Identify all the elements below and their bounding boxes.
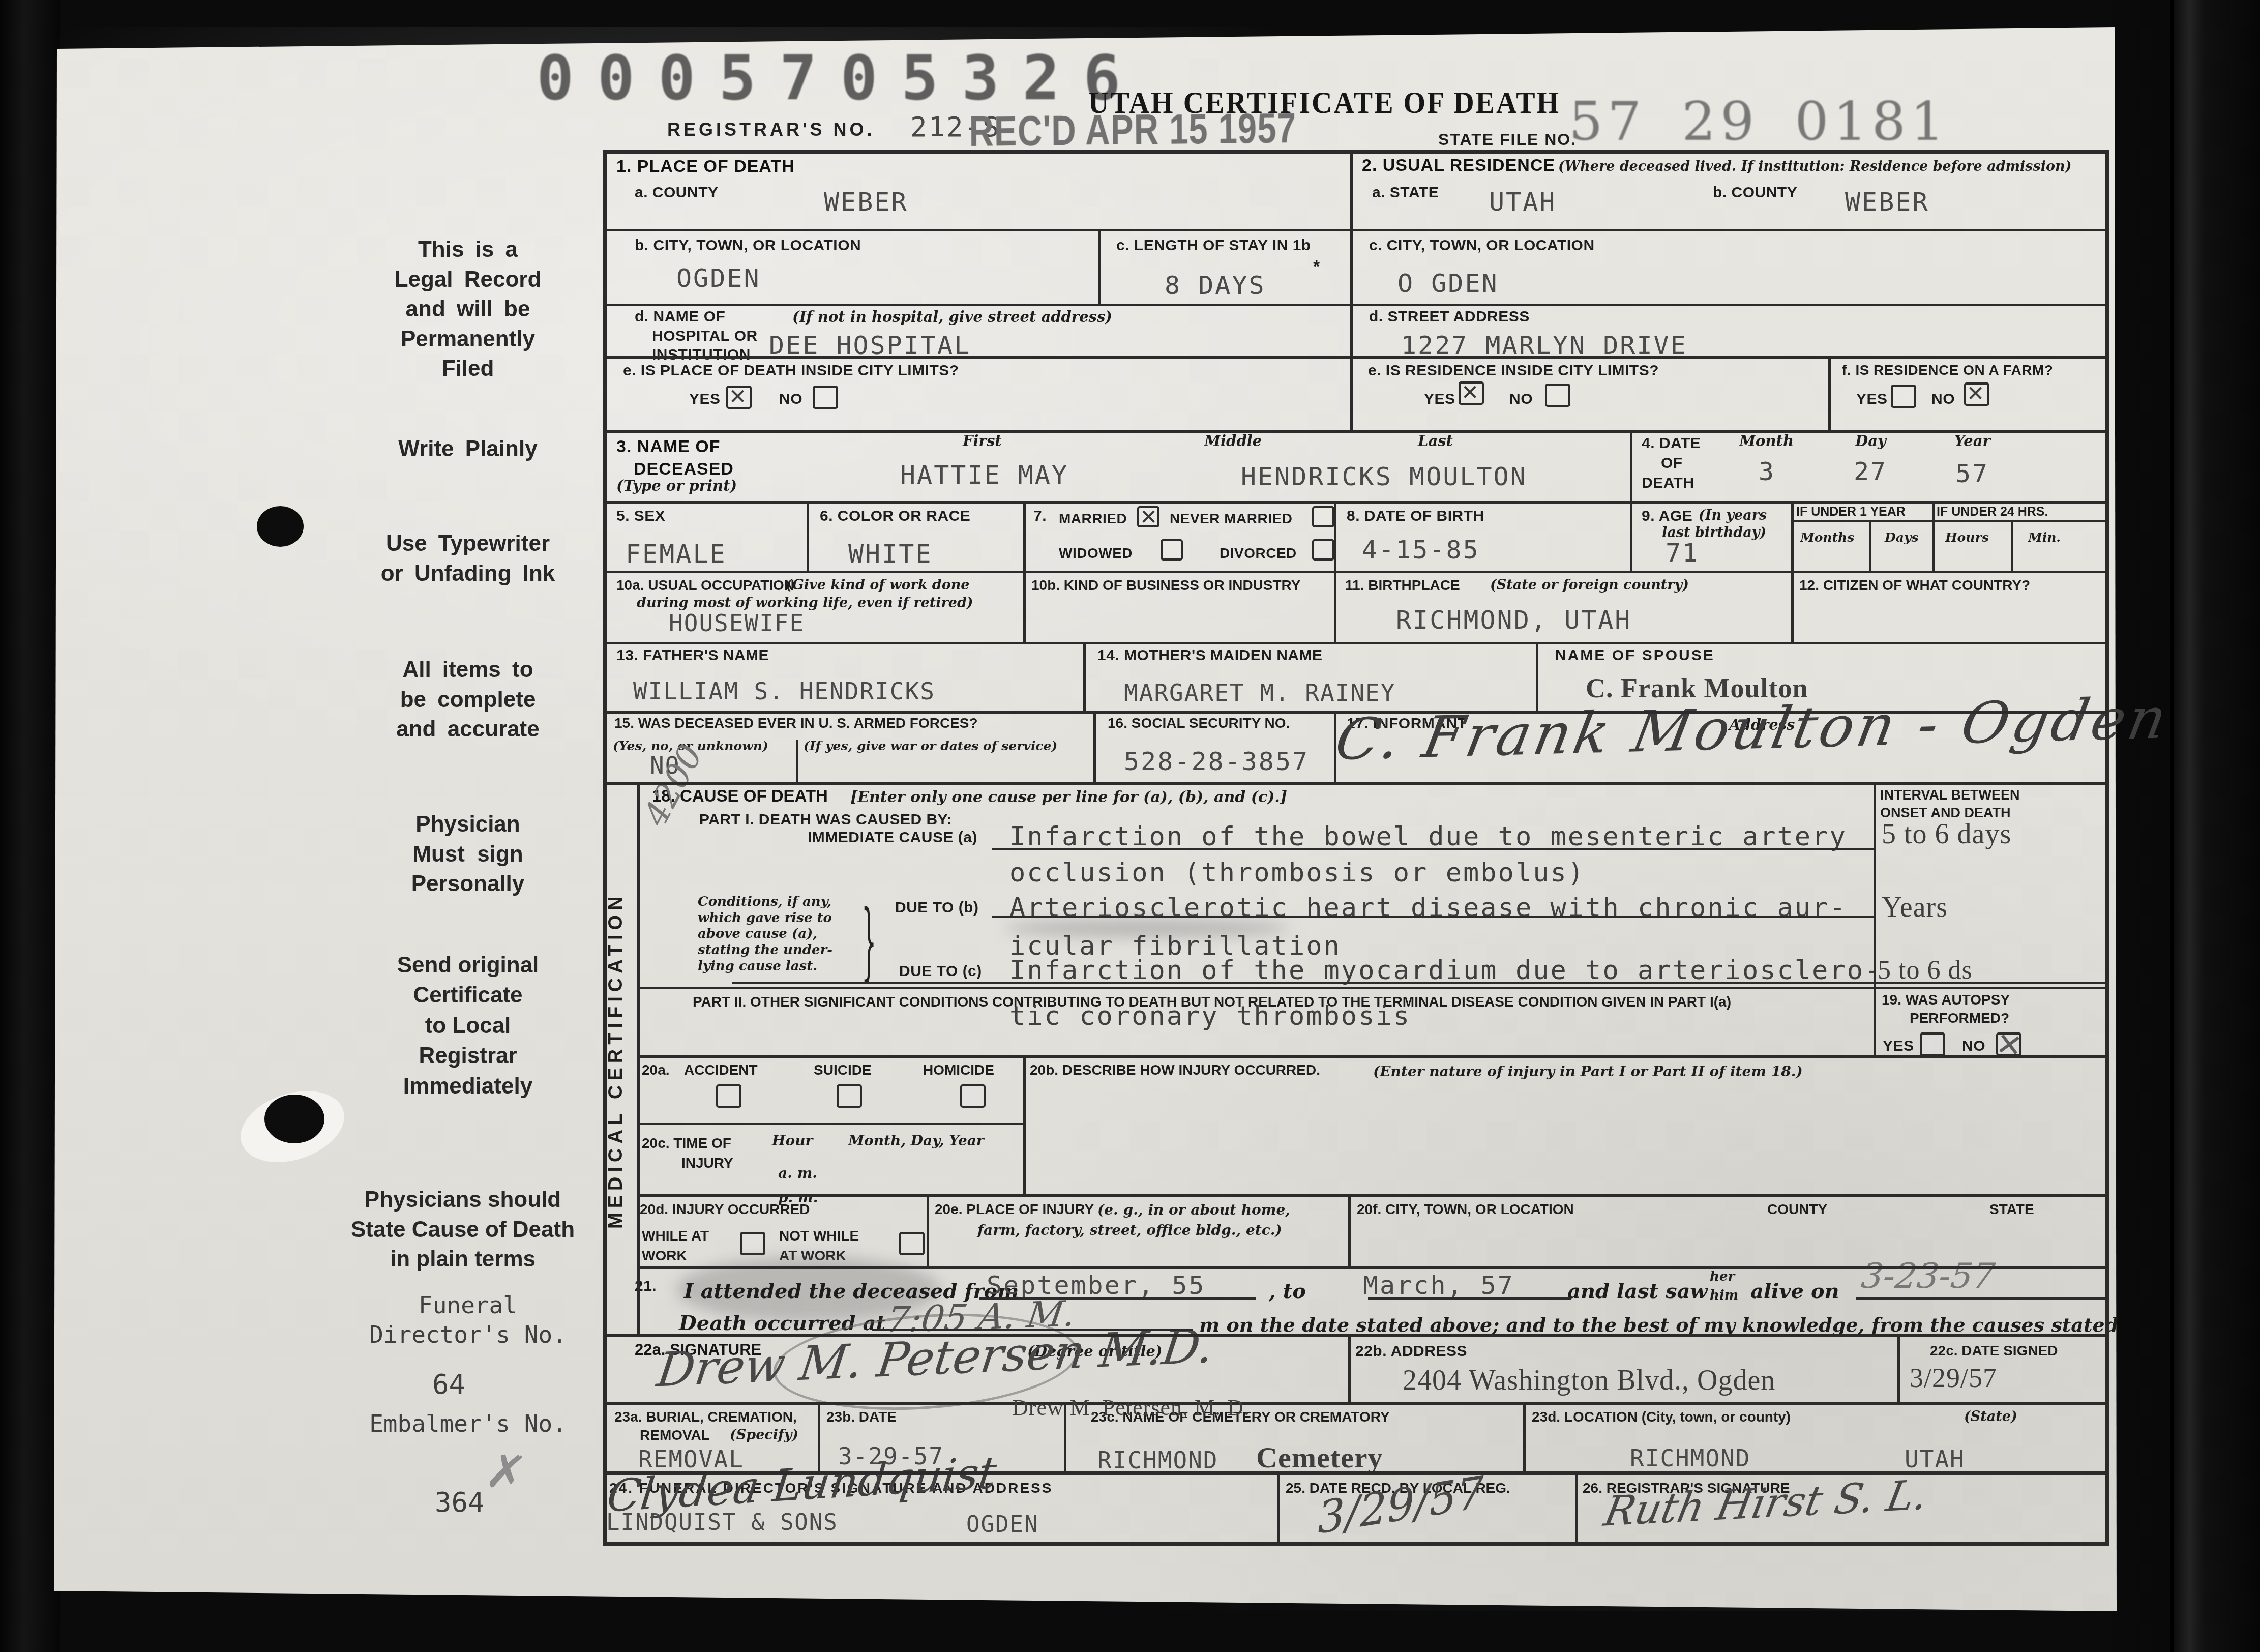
grid-line (637, 1123, 1025, 1125)
s11-value: RICHMOND, UTAH (1396, 605, 1631, 635)
grid-line (603, 642, 2109, 644)
grid-line (1348, 1194, 1351, 1266)
s20d-while-checkbox (740, 1232, 765, 1255)
s18-cause-b-line1: Arteriosclerotic heart disease with chro… (1009, 893, 1847, 923)
s1-limits-no-checkbox (813, 386, 838, 409)
s18-conditions-note: Conditions, if any,which gave rise toabo… (698, 894, 866, 975)
s9-label: 9. AGE (1642, 508, 1692, 525)
s1-county-label: a. COUNTY (635, 184, 719, 201)
grid-line (927, 1194, 929, 1266)
stamped-serial-number: 0005705326 (537, 42, 1144, 114)
s20a-accident-checkbox (716, 1084, 741, 1108)
s22a-physician-typed-name: Drew M. Petersen, M. D. (1012, 1395, 1250, 1421)
s23c-value-cemetery-word: Cemetery (1256, 1440, 1383, 1474)
s4-year-hint: Year (1954, 432, 1990, 450)
grid-line (603, 571, 2109, 573)
s2-farm-yes-checkbox (1891, 385, 1916, 408)
s18-interval-a: 5 to 6 days (1882, 818, 2011, 850)
grid-line (637, 1266, 2109, 1269)
s10b-label: 10b. KIND OF BUSINESS OR INDUSTRY (1031, 577, 1300, 594)
s9-under24-label: IF UNDER 24 HRS. (1937, 505, 2048, 519)
s20f-label: 20f. CITY, TOWN, OR LOCATION (1357, 1201, 1574, 1218)
s18-part1-label: PART I. DEATH WAS CAUSED BY: (699, 811, 952, 829)
s9-days-hint: Days (1885, 530, 1918, 545)
s20b-hint: (Enter nature of injury in Part I or Par… (1373, 1063, 1803, 1080)
s11-label: 11. BIRTHPLACE (1345, 577, 1460, 594)
s19-yes-checkbox (1920, 1032, 1945, 1056)
grid-line (796, 740, 798, 782)
grid-line (992, 916, 1874, 918)
s20a-homicide-checkbox (960, 1084, 986, 1108)
s23a-label-line2: REMOVAL (640, 1427, 710, 1443)
grid-line (603, 356, 2109, 359)
s18-interval-b: Years (1882, 891, 1948, 924)
s2-limits-yes-checkbox (1459, 381, 1484, 405)
s23d-city-value: RICHMOND (1630, 1444, 1751, 1472)
grid-line (1791, 520, 2109, 522)
s21-attended-to: March, 57 (1363, 1271, 1514, 1300)
spouse-label: NAME OF SPOUSE (1555, 647, 1715, 664)
grid-line (603, 304, 2109, 306)
s18-label-hint: [Enter only one cause per line for (a), … (850, 788, 1287, 806)
grid-line (603, 501, 2109, 504)
s4-label: 4. DATEOFDEATH (1642, 433, 1701, 493)
s2-limits-yes-label: YES (1424, 391, 1455, 408)
grid-line (1897, 1334, 1900, 1402)
s1-limits-yes-label: YES (689, 391, 721, 408)
scan-edge-left (0, 0, 60, 1652)
s23d-label: 23d. LOCATION (City, town, or county) (1532, 1409, 1791, 1425)
s2-street-label: d. STREET ADDRESS (1369, 308, 1530, 326)
s7-never-checkbox (1312, 506, 1334, 527)
grid-line (1334, 711, 1336, 782)
s22b-label: 22b. ADDRESS (1355, 1343, 1467, 1360)
grid-line (979, 1297, 1256, 1300)
grid-line (603, 150, 607, 1546)
s4-day-value: 27 (1854, 457, 1887, 486)
s3-last-hint: Last (1418, 432, 1453, 450)
s21-last-alive-date: 3-23-57 (1859, 1256, 1997, 1296)
s7-widowed-checkbox (1161, 539, 1183, 560)
s3-first-hint: First (963, 432, 1002, 450)
grid-line (1932, 501, 1935, 571)
grid-line (1368, 1297, 1571, 1300)
grid-line (1856, 1297, 2109, 1300)
s1-stay-value: 8 DAYS (1165, 271, 1266, 300)
s18-due-c-label: DUE TO (c) (899, 963, 982, 980)
s7-divorced-checkbox (1312, 539, 1334, 560)
s19-label: 19. WAS AUTOPSYPERFORMED? (1882, 991, 2010, 1028)
s3-middle-hint: Middle (1204, 432, 1262, 450)
s7-married-label: MARRIED (1059, 511, 1127, 527)
s20a-suicide-checkbox (837, 1084, 862, 1108)
s9-min-hint: Min. (2028, 530, 2061, 545)
s20c-label: 20c. TIME OFINJURY (642, 1133, 733, 1173)
s7-never-label: NEVER MARRIED (1170, 511, 1292, 527)
grid-line (1575, 1471, 1578, 1542)
scan-edge-right-line (2170, 0, 2174, 1652)
margin-note-write-plainly: Write Plainly (331, 436, 605, 462)
s1-limits-label: e. IS PLACE OF DEATH INSIDE CITY LIMITS? (623, 362, 959, 379)
s18-interval-label: INTERVAL BETWEENONSET AND DEATH (1880, 786, 2020, 822)
grid-line (637, 1194, 2109, 1197)
s15-hint2: (If yes, give war or dates of service) (804, 739, 1057, 753)
s4-month-value: 3 (1759, 457, 1775, 486)
s20d-label: 20d. INJURY OCCURRED (640, 1201, 810, 1218)
embalmers-no-value: 364 (435, 1486, 485, 1518)
s20d-notwhile-checkbox (899, 1232, 925, 1255)
s1-limits-yes-checkbox (726, 386, 752, 409)
s10a-value: HOUSEWIFE (669, 609, 805, 637)
s3-first-value: HATTIE MAY (900, 460, 1068, 490)
s23b-label: 23b. DATE (826, 1409, 897, 1425)
s2-limits-no-label: NO (1509, 391, 1533, 408)
grid-line (603, 430, 2109, 433)
s13-value: WILLIAM S. HENDRICKS (633, 677, 935, 705)
grid-line (1828, 356, 1831, 430)
margin-note-typewriter: Use Typewriteror Unfading Ink (320, 529, 615, 588)
pencil-x-mark: ✗ (482, 1442, 530, 1503)
s2-city-value: O GDEN (1397, 269, 1499, 298)
grid-line (1083, 642, 1086, 711)
s21-preprinted-3: and last saw (1567, 1279, 1708, 1303)
grid-line (1277, 1471, 1280, 1542)
grid-line (1536, 642, 1538, 711)
s2-county-label: b. COUNTY (1713, 184, 1797, 201)
s14-value: MARGARET M. RAINEY (1124, 679, 1396, 706)
s2-county-value: WEBER (1845, 187, 1929, 217)
grid-line (818, 1402, 820, 1471)
s2-farm-no-label: NO (1931, 391, 1955, 408)
s1-limits-no-label: NO (779, 391, 802, 408)
grid-line (1869, 520, 1871, 571)
grid-line (807, 501, 809, 571)
margin-note-legal-record: This is aLegal Record and will bePermane… (331, 235, 605, 384)
grid-line (637, 1055, 2109, 1058)
s18-interval-c: 5 to 6 ds (1878, 955, 1973, 985)
grid-line (1630, 430, 1632, 501)
s1-stay-star: * (1313, 257, 1320, 277)
s20a-label: 20a. (642, 1062, 670, 1078)
grid-line (637, 782, 640, 1334)
s1-county-value: WEBER (824, 187, 908, 217)
s2-title: 2. USUAL RESIDENCE (1362, 156, 1555, 175)
grid-line (1791, 501, 1794, 571)
s23d-state-value: UTAH (1905, 1445, 1965, 1473)
state-file-no-value: 57 29 0181 (1569, 91, 1949, 153)
registrar-no-label: REGISTRAR'S NO. (667, 119, 875, 140)
s24-typed-city: OGDEN (966, 1512, 1038, 1538)
s20c-mdy-hint: Month, Day, Year (848, 1132, 984, 1149)
s20a-accident-label: ACCIDENT (684, 1062, 758, 1078)
s18-cause-c-line1: Infarction of the myocardium due to arte… (1009, 955, 1882, 986)
s20a-homicide-label: HOMICIDE (923, 1062, 994, 1078)
embalmers-no-label: Embalmer's No. (320, 1410, 615, 1437)
s13-label: 13. FATHER'S NAME (616, 647, 769, 664)
s21-preprinted-4: alive on (1750, 1279, 1839, 1303)
s2-limits-label: e. IS RESIDENCE INSIDE CITY LIMITS? (1368, 362, 1659, 379)
s20e-label: 20e. PLACE OF INJURY (935, 1201, 1094, 1218)
s21-her-hint: her (1710, 1269, 1735, 1284)
grid-line (603, 1471, 2109, 1475)
grid-line (1023, 571, 1026, 642)
s7-label: 7. (1033, 508, 1047, 525)
grid-line (1350, 150, 1353, 430)
grid-line (1023, 1055, 1026, 1194)
grid-line (2011, 520, 2013, 571)
funeral-directors-no-label: FuneralDirector's No. (320, 1291, 615, 1349)
margin-note-plain-terms: Physicians shouldState Cause of Death in… (305, 1185, 620, 1275)
s8-label: 8. DATE OF BIRTH (1347, 508, 1484, 525)
s20f-state-label: STATE (1989, 1201, 2034, 1218)
s10a-hint2: during most of working life, even if ret… (637, 595, 973, 611)
grid-line (603, 782, 2109, 785)
grid-line (1023, 501, 1026, 571)
s4-month-hint: Month (1739, 432, 1794, 450)
s22c-date-value: 3/29/57 (1910, 1362, 1997, 1394)
s4-year-value: 57 (1955, 459, 1989, 488)
grid-line (1523, 1402, 1526, 1471)
s2-farm-yes-label: YES (1856, 391, 1888, 408)
s18-cause-a-line2: occlusion (thrombosis or embolus) (1009, 858, 1585, 888)
scanned-death-certificate: 0005705326 REGISTRAR'S NO. 212-S REC'D A… (0, 0, 2260, 1652)
s4-day-hint: Day (1855, 432, 1886, 450)
grid-line (1334, 501, 1336, 571)
s20e-hint1: (e. g., in or about home, (1097, 1201, 1290, 1218)
s10a-hint1: (Give kind of work done (786, 577, 970, 593)
margin-note-send-original: Send originalCertificate to LocalRegistr… (331, 950, 605, 1101)
s9-hours-hint: Hours (1945, 530, 1989, 545)
s20c-am-hint: a. m. (778, 1165, 817, 1182)
s7-widowed-label: WIDOWED (1059, 545, 1133, 562)
s5-label: 5. SEX (616, 508, 665, 525)
s18-part2-overflow-text: tic coronary thrombosis (1009, 1001, 1411, 1031)
s2-farm-no-checkbox (1964, 382, 1989, 406)
s9-value: 71 (1666, 538, 1699, 568)
grid-line (872, 1329, 1193, 1331)
grid-line (1098, 229, 1101, 304)
grid-line (603, 1334, 2109, 1337)
s19-no-label: NO (1962, 1038, 1985, 1055)
s20d-while-label: WHILE ATWORK (642, 1226, 709, 1265)
s1-hospital-hint: (If not in hospital, give street address… (792, 308, 1112, 326)
s19-no-checkbox (1996, 1032, 2021, 1056)
s7-married-checkbox (1137, 506, 1159, 527)
s22b-address-value: 2404 Washington Blvd., Ogden (1403, 1364, 1775, 1397)
s21-preprinted-2: , to (1269, 1279, 1306, 1303)
grid-line (603, 1542, 2109, 1546)
s6-label: 6. COLOR OR RACE (820, 508, 970, 525)
s10a-label: 10a. USUAL OCCUPATION (616, 577, 794, 594)
s24-typed-firm: LINDQUIST & SONS (606, 1510, 838, 1536)
s15-label: 15. WAS DECEASED EVER IN U. S. ARMED FOR… (614, 715, 978, 731)
grid-line (992, 848, 1874, 850)
s20b-label: 20b. DESCRIBE HOW INJURY OCCURRED. (1030, 1062, 1320, 1078)
margin-note-complete: All items tobe complete and accurate (331, 655, 605, 745)
s9-hint1: (In years (1699, 508, 1767, 523)
s1-stay-label: c. LENGTH OF STAY IN 1b (1116, 237, 1311, 254)
s2-farm-label: f. IS RESIDENCE ON A FARM? (1842, 362, 2053, 378)
grid-line (1630, 501, 1632, 571)
s9-months-hint: Months (1800, 530, 1854, 545)
s23a-specify-hint: (Specify) (730, 1427, 798, 1443)
s16-label: 16. SOCIAL SECURITY NO. (1108, 715, 1290, 731)
grid-line (1093, 711, 1096, 782)
s11-hint: (State or foreign country) (1490, 577, 1689, 593)
s23c-value-cemetery-name: RICHMOND (1097, 1447, 1218, 1474)
grid-line (603, 150, 2109, 154)
s1-city-label: b. CITY, TOWN, OR LOCATION (635, 237, 861, 254)
grid-line (2105, 150, 2109, 1546)
s8-value: 4-15-85 (1362, 535, 1480, 565)
grid-line (1791, 571, 1794, 642)
s12-label: 12. CITIZEN OF WHAT COUNTRY? (1799, 577, 2030, 594)
s21-him-hint: him (1710, 1288, 1738, 1303)
s18-immediate-label: IMMEDIATE CAUSE (a) (808, 829, 977, 846)
grid-line (603, 711, 2109, 714)
s20e-hint2: farm, factory, street, office bldg., etc… (977, 1222, 1282, 1238)
grid-line (1334, 571, 1336, 642)
s16-value: 528-28-3857 (1124, 747, 1309, 776)
punch-hole-bottom (264, 1095, 324, 1143)
s20f-county-label: COUNTY (1767, 1201, 1827, 1218)
s2-city-label: c. CITY, TOWN, OR LOCATION (1369, 237, 1595, 254)
s7-divorced-label: DIVORCED (1220, 545, 1297, 562)
s18-cause-a-line1: Infarction of the bowel due to mesenteri… (1009, 821, 1847, 852)
s20c-hour-hint: Hour (772, 1132, 813, 1149)
s3-type-hint: (Type or print) (616, 477, 737, 494)
s2-state-label: a. STATE (1372, 184, 1439, 201)
grid-line (603, 1402, 2109, 1405)
s14-label: 14. MOTHER'S MAIDEN NAME (1097, 647, 1323, 664)
grid-line (732, 982, 2109, 984)
s19-yes-label: YES (1883, 1038, 1914, 1055)
grid-line (603, 229, 2109, 231)
s18-brace: } (861, 891, 876, 990)
s1-title: 1. PLACE OF DEATH (616, 157, 795, 176)
s9-under1-label: IF UNDER 1 YEAR (1796, 505, 1906, 519)
s23a-label-line1: 23a. BURIAL, CREMATION, (614, 1409, 797, 1425)
s5-value: FEMALE (626, 539, 727, 569)
s1-city-value: OGDEN (676, 263, 761, 293)
state-file-no-label: STATE FILE NO. (1438, 130, 1577, 149)
s21-preprinted-6: m on the date stated above; and to the b… (1199, 1313, 2118, 1336)
s2-state-value: UTAH (1489, 187, 1556, 217)
punch-hole-top (257, 506, 304, 547)
funeral-directors-no-value: 64 (432, 1368, 465, 1400)
s23d-state-hint: (State) (1964, 1409, 2017, 1425)
grid-line (637, 987, 2109, 989)
grid-line (1348, 1334, 1351, 1402)
grid-line (1874, 782, 1876, 1055)
margin-note-physician-sign: PhysicianMust sign Personally (331, 810, 605, 899)
s22c-label: 22c. DATE SIGNED (1930, 1343, 2058, 1359)
s6-value: WHITE (848, 539, 933, 569)
s20a-suicide-label: SUICIDE (814, 1062, 872, 1078)
s3-label: 3. NAME OFDECEASED (616, 435, 734, 480)
scan-edge-right (2113, 0, 2260, 1652)
s18-due-b-label: DUE TO (b) (895, 899, 978, 917)
s2-limits-no-checkbox (1545, 383, 1570, 407)
s3-last-value: HENDRICKS MOULTON (1241, 462, 1527, 491)
certificate-title: UTAH CERTIFICATE OF DEATH (1088, 85, 1560, 121)
medical-certification-vertical-label: MEDICAL CERTIFICATION (605, 791, 635, 1330)
s2-title-hint: (Where deceased lived. If institution: R… (1558, 159, 2071, 174)
